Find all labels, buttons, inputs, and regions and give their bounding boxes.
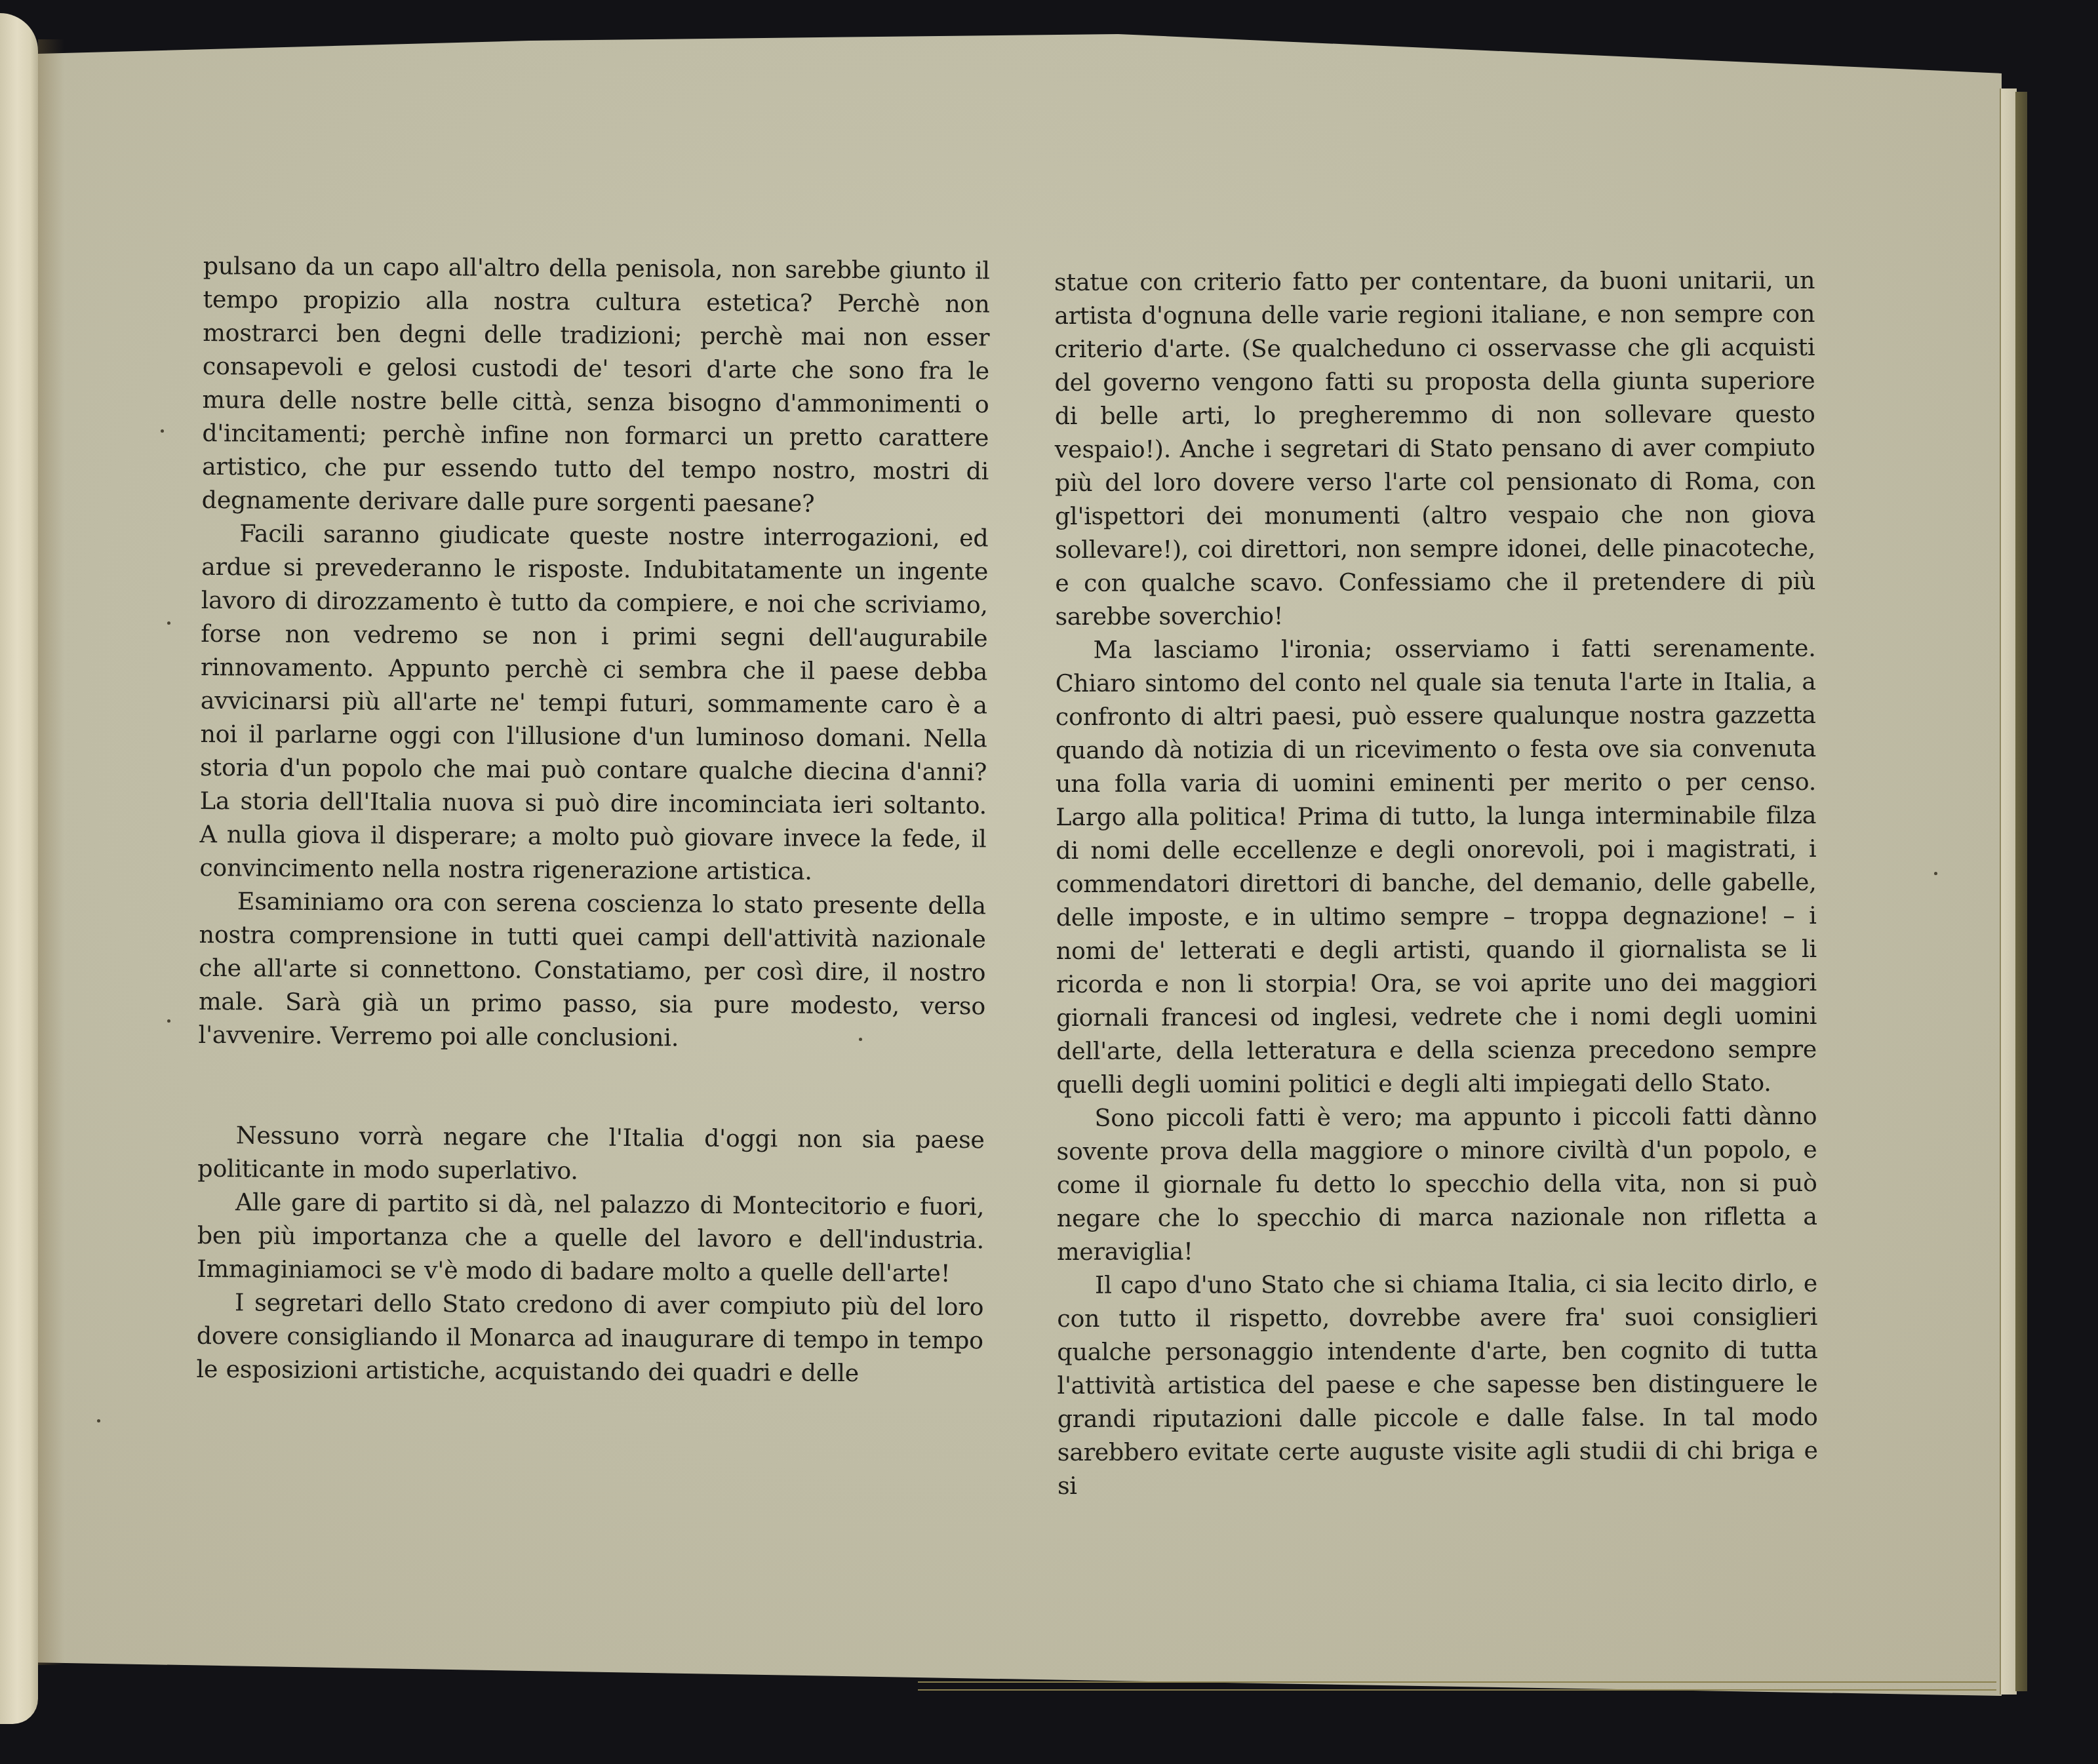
paragraph: Il capo d'uno Stato che si chiama Italia… [1057,1266,1818,1502]
left-text-column: pulsano da un capo all'altro della penis… [196,249,990,1390]
paragraph-continuation: pulsano da un capo all'altro della penis… [202,249,990,521]
gutter-shadow [38,39,64,1665]
bottom-page-leaves [918,1681,1996,1691]
paragraph: I segretari dello Stato credono di aver … [196,1285,983,1390]
paragraph: Facili saranno giudicate queste nostre i… [199,517,988,889]
paragraph: Nessuno vorrà negare che l'Italia d'oggi… [197,1118,985,1190]
paper-speck [167,621,170,625]
paragraph: Ma lasciamo l'ironia; osserviamo i fatti… [1055,631,1817,1101]
paragraph-continuation: statue con criterio fatto per contentare… [1054,264,1815,633]
paper-speck [1934,872,1937,875]
paper-speck [161,429,164,433]
paper-speck [97,1419,100,1422]
section-break [198,1051,985,1123]
paper-speck [167,1019,170,1023]
page-stack-edge [2000,88,2017,1695]
paragraph: Alle gare di partito si dà, nel palazzo … [197,1185,984,1290]
paragraph: Esaminiamo ora con serena coscienza lo s… [199,884,987,1056]
previous-page-edge [0,13,38,1724]
right-text-column: statue con criterio fatto per contentare… [1054,264,1818,1502]
paragraph: Sono piccoli fatti è vero; ma appunto i … [1056,1099,1817,1268]
book-cover-edge [2015,92,2027,1691]
